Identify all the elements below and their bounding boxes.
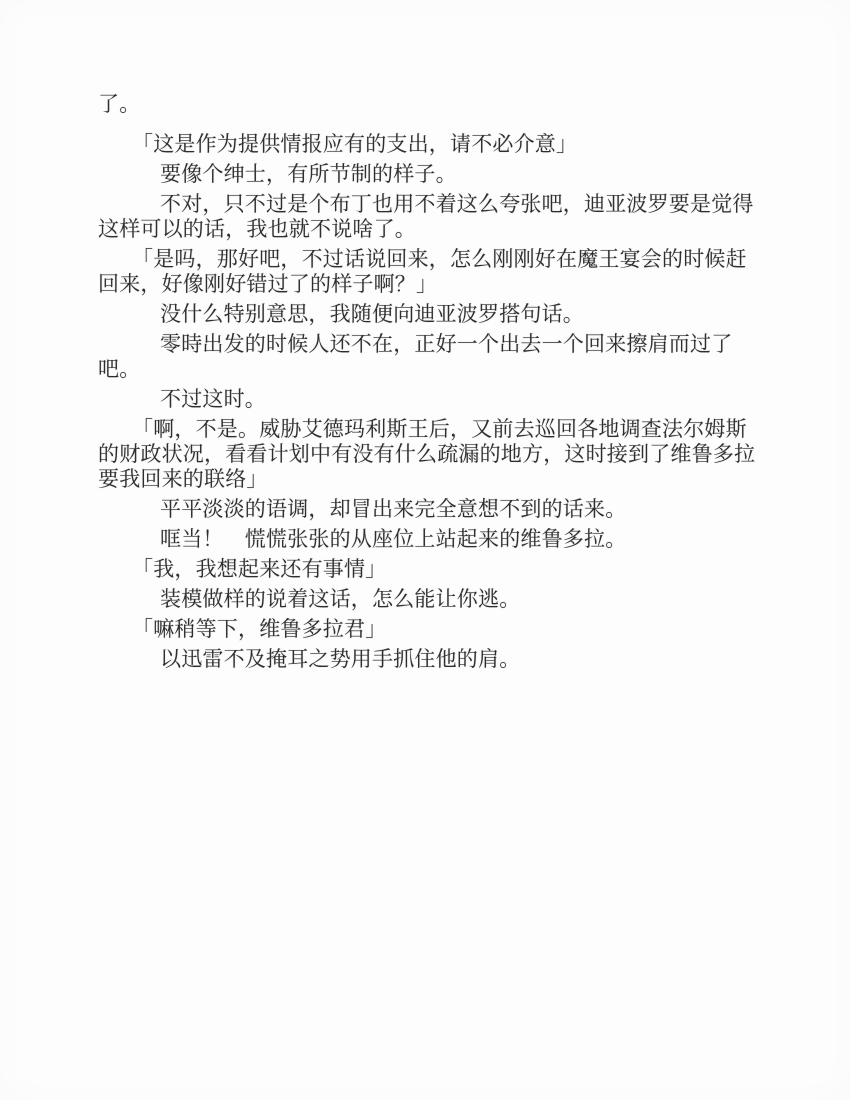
text-line: 要我回来的联络」 bbox=[98, 467, 798, 492]
text-line: 不对，只不过是个布丁也用不着这么夸张吧，迪亚波罗要是觉得 bbox=[98, 192, 798, 217]
text-line: 「这是作为提供情报应有的支出，请不必介意」 bbox=[98, 132, 798, 157]
paragraph: 零時出发的时候人还不在，正好一个出去一个回来擦肩而过了 吧。 bbox=[98, 332, 798, 382]
paragraph: 不对，只不过是个布丁也用不着这么夸张吧，迪亚波罗要是觉得 这样可以的话，我也就不… bbox=[98, 192, 798, 242]
text-line: 「是吗，那好吧，不过话说回来，怎么刚刚好在魔王宴会的时候赶 bbox=[98, 247, 798, 272]
paragraph: 要像个绅士，有所节制的样子。 bbox=[98, 162, 798, 187]
text-line: 装模做样的说着这话，怎么能让你逃。 bbox=[98, 587, 798, 612]
text-line: 回来，好像刚好错过了的样子啊？」 bbox=[98, 272, 798, 297]
text-line: 「啊，不是。威胁艾德玛利斯王后，又前去巡回各地调查法尔姆斯 bbox=[98, 417, 798, 442]
text-line: 了。 bbox=[98, 92, 798, 117]
novel-text-block: 了。 「这是作为提供情报应有的支出，请不必介意」 要像个绅士，有所节制的样子。 … bbox=[98, 92, 798, 677]
text-line: 零時出发的时候人还不在，正好一个出去一个回来擦肩而过了 bbox=[98, 332, 798, 357]
text-line: 哐当！ 慌慌张张的从座位上站起来的维鲁多拉。 bbox=[98, 527, 798, 552]
paragraph: 以迅雷不及掩耳之势用手抓住他的肩。 bbox=[98, 647, 798, 672]
paragraph: 了。 bbox=[98, 92, 798, 117]
text-line: 没什么特别意思，我随便向迪亚波罗搭句话。 bbox=[98, 302, 798, 327]
paragraph: 平平淡淡的语调，却冒出来完全意想不到的话来。 bbox=[98, 497, 798, 522]
text-line: 「我，我想起来还有事情」 bbox=[98, 557, 798, 582]
paragraph: 「是吗，那好吧，不过话说回来，怎么刚刚好在魔王宴会的时候赶 回来，好像刚好错过了… bbox=[98, 247, 798, 297]
novel-page: 了。 「这是作为提供情报应有的支出，请不必介意」 要像个绅士，有所节制的样子。 … bbox=[0, 0, 850, 1100]
text-line: 要像个绅士，有所节制的样子。 bbox=[98, 162, 798, 187]
paragraph: 「嘛稍等下，维鲁多拉君」 bbox=[98, 617, 798, 642]
paragraph: 哐当！ 慌慌张张的从座位上站起来的维鲁多拉。 bbox=[98, 527, 798, 552]
text-line: 不过这时。 bbox=[98, 387, 798, 412]
paragraph: 装模做样的说着这话，怎么能让你逃。 bbox=[98, 587, 798, 612]
paragraph: 不过这时。 bbox=[98, 387, 798, 412]
paragraph: 「这是作为提供情报应有的支出，请不必介意」 bbox=[98, 132, 798, 157]
paragraph: 「我，我想起来还有事情」 bbox=[98, 557, 798, 582]
text-line: 以迅雷不及掩耳之势用手抓住他的肩。 bbox=[98, 647, 798, 672]
paragraph: 没什么特别意思，我随便向迪亚波罗搭句话。 bbox=[98, 302, 798, 327]
text-line: 平平淡淡的语调，却冒出来完全意想不到的话来。 bbox=[98, 497, 798, 522]
text-line: 的财政状况，看看计划中有没有什么疏漏的地方，这时接到了维鲁多拉 bbox=[98, 442, 798, 467]
paragraph: 「啊，不是。威胁艾德玛利斯王后，又前去巡回各地调查法尔姆斯 的财政状况，看看计划… bbox=[98, 417, 798, 492]
text-line: 「嘛稍等下，维鲁多拉君」 bbox=[98, 617, 798, 642]
text-line: 吧。 bbox=[98, 357, 798, 382]
text-line: 这样可以的话，我也就不说啥了。 bbox=[98, 217, 798, 242]
